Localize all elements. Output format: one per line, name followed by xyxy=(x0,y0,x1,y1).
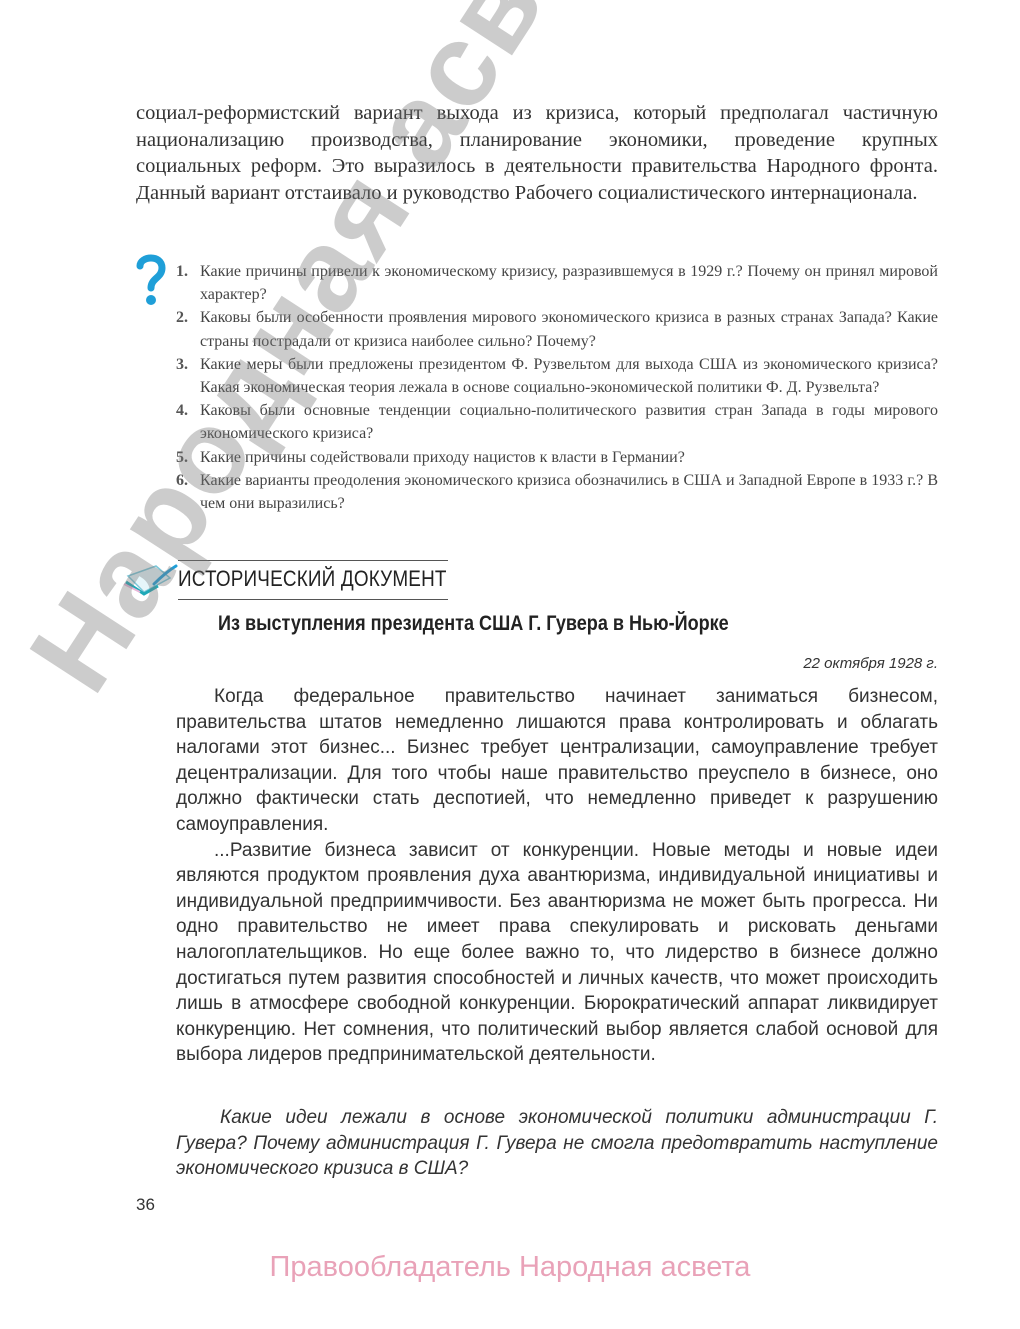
document-paragraph: Когда федеральное правительство начинает… xyxy=(176,684,938,838)
historical-document-header: ИСТОРИЧЕСКИЙ ДОКУМЕНТ xyxy=(118,558,448,602)
document-paragraph: ...Развитие бизнеса зависит от конкуренц… xyxy=(176,838,938,1068)
question-item: 5.Какие причины содействовали приходу на… xyxy=(176,446,938,469)
header-rule-bottom xyxy=(178,599,448,600)
question-item: 2.Каковы были особенности проявления мир… xyxy=(176,306,938,352)
document-scroll-icon xyxy=(118,562,178,600)
intro-text: социал-реформистский вариант выхода из к… xyxy=(136,100,938,206)
review-questions-list: 1.Какие причины привели к экономическому… xyxy=(176,260,938,515)
page-number: 36 xyxy=(136,1195,155,1215)
question-item: 6.Какие варианты преодоления экономическ… xyxy=(176,469,938,515)
question-item: 1.Какие причины привели к экономическому… xyxy=(176,260,938,306)
intro-paragraph: социал-реформистский вариант выхода из к… xyxy=(136,100,938,206)
section-label: ИСТОРИЧЕСКИЙ ДОКУМЕНТ xyxy=(178,566,447,592)
question-mark-icon xyxy=(136,254,166,306)
copyright-footer: Правообладатель Народная асвета xyxy=(0,1251,1020,1284)
question-item: 3.Какие меры были предложены президентом… xyxy=(176,353,938,399)
document-question: Какие идеи лежали в основе экономической… xyxy=(176,1105,938,1182)
question-item: 4.Каковы были основные тенденции социаль… xyxy=(176,399,938,445)
document-date: 22 октября 1928 г. xyxy=(803,655,938,672)
document-title: Из выступления президента США Г. Гувера … xyxy=(218,612,729,636)
document-body: Когда федеральное правительство начинает… xyxy=(176,684,938,1068)
header-rule-top xyxy=(178,560,448,561)
